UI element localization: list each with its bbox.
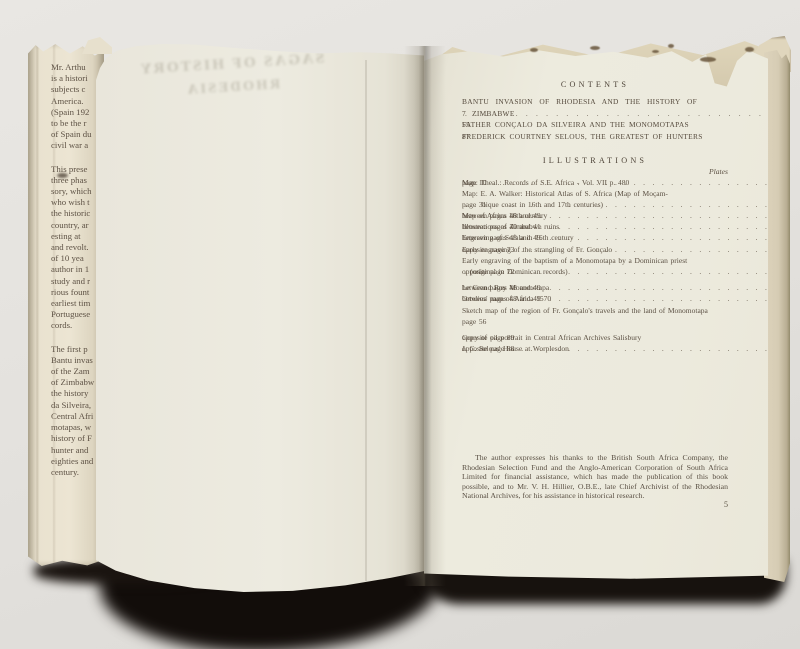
entry-page-ref: opposite page 88	[462, 344, 514, 353]
entry-title: BANTU INVASION OF RHODESIA AND THE HISTO…	[462, 97, 697, 106]
entry-page-ref: opposite page 72	[462, 267, 514, 276]
entry-page-ref: between pages 48 and 49	[462, 211, 541, 220]
flap-line: the history	[51, 388, 101, 399]
illustration-row: Engraving of Sofala in 16th century. . .…	[462, 233, 728, 244]
contents-heading: CONTENTS	[462, 80, 728, 89]
flap-line: of Spain du	[51, 129, 101, 140]
illustration-row: Illustrations of Zimbabwe ruins. . . . .…	[462, 222, 728, 233]
entry-page-ref: 87	[462, 132, 470, 141]
flap-line: Mr. Arthu	[51, 62, 101, 73]
flap-line: (Spain 192	[51, 107, 101, 118]
illustrations-list: Map: Theal.: Records of S.E. Africa - Vo…	[462, 178, 728, 355]
illustration-row: bique coast in 16th and 17th centuries).…	[462, 200, 728, 211]
entry-page-ref: between pages 48 and 49	[462, 294, 541, 303]
flap-line: is a histori	[51, 73, 101, 84]
ghost-title-showthrough: SAGAS OF HISTORY RHODESIA	[125, 50, 339, 103]
flap-line: of the Zam	[51, 366, 101, 377]
flap-line: of 10 yea	[51, 253, 101, 264]
illustration-row: Early engraving of the strangling of Fr.…	[462, 245, 728, 256]
flap-line: civil war a	[51, 140, 101, 151]
entry-page-ref: page 56	[462, 317, 486, 326]
dot-leader: . . . . . . . . . . . . . . . . . . . . …	[462, 109, 800, 118]
book-gutter-shadow	[404, 46, 446, 586]
foxing-spot	[700, 57, 716, 62]
entry-page-ref: between pages 48 and 49	[462, 233, 541, 242]
entry-page-ref: 55	[462, 120, 470, 129]
flap-line: Portuguese	[51, 309, 101, 320]
entry-title: Map: E. A. Walker: Historical Atlas of S…	[462, 189, 668, 198]
foxing-spot	[652, 50, 659, 53]
entry-title: Early engraving of the baptism of a Mono…	[462, 256, 687, 265]
jacket-torn-tab	[82, 37, 112, 54]
flap-line: eighties and	[51, 456, 101, 467]
flap-line: rious fount	[51, 287, 101, 298]
illustration-row: Sketch map of the region of Fr. Gonçalo'…	[462, 306, 728, 317]
illustration-row: Map: E. A. Walker: Historical Atlas of S…	[462, 189, 728, 200]
illustrations-heading: ILLUSTRATIONS	[462, 156, 728, 165]
flap-line: sory, which	[51, 186, 101, 197]
entry-title: FATHER CONÇALO DA SILVEIRA AND THE MONOM…	[462, 120, 689, 129]
flap-line: da Silveira,	[51, 400, 101, 411]
foxing-spot	[745, 47, 754, 52]
flap-line: earliest tim	[51, 298, 101, 309]
illustration-row: (original in Dominican records). . . . .…	[462, 267, 728, 278]
foxing-spot	[530, 48, 538, 52]
entry-page-ref: 7	[462, 109, 466, 118]
entry-page-ref: opposite page 73	[462, 245, 514, 254]
illustration-row: J. C. Selous' House at Worplesdon. . . .…	[462, 344, 728, 355]
entry-page-ref: between pages 48 and 49	[462, 283, 541, 292]
flap-line: of Zimbabw	[51, 377, 101, 388]
open-book-photo: CONTENTS BANTU INVASION OF RHODESIA AND …	[0, 0, 800, 649]
flap-line: country, ar	[51, 220, 101, 231]
flap-paragraph: This presethree phassory, whichwho wish …	[51, 164, 101, 332]
flap-paragraph: Mr. Arthuis a historisubjects cAmerica.(…	[51, 62, 101, 152]
flap-line: motapas, w	[51, 422, 101, 433]
flap-line: the historic	[51, 208, 101, 219]
flap-line: and revolt.	[51, 242, 101, 253]
foxing-spot	[590, 46, 600, 50]
illustration-row: Map: Theal.: Records of S.E. Africa - Vo…	[462, 178, 728, 189]
illustration-row: Map of Africa 16th century. . . . . . . …	[462, 211, 728, 222]
flap-line: to be the r	[51, 118, 101, 129]
illustration-row: Copy of oil portrait in Central African …	[462, 333, 728, 344]
toc-row: BANTU INVASION OF RHODESIA AND THE HISTO…	[462, 97, 728, 109]
plates-label: Plates	[462, 167, 728, 176]
flap-line: Bantu invas	[51, 355, 101, 366]
toc-row: ZIMBABWE. . . . . . . . . . . . . . . . …	[462, 109, 728, 121]
flap-line: America.	[51, 96, 101, 107]
flap-line: who wish t	[51, 197, 101, 208]
toc-row: FATHER CONÇALO DA SILVEIRA AND THE MONOM…	[462, 120, 728, 132]
entry-page-ref: page 31	[462, 200, 486, 209]
table-of-contents: BANTU INVASION OF RHODESIA AND THE HISTO…	[462, 97, 728, 143]
illustration-row: Early engraving of the baptism of a Mono…	[462, 256, 728, 267]
illustration-row: Ortelius' map of Africa 1570. . . . . . …	[462, 294, 728, 305]
dot-leader: . . . . . . . . . . . . . . . . . . . . …	[462, 200, 800, 209]
entry-page-ref: opposite page 89	[462, 333, 514, 342]
flap-paragraph: The first pBantu invasof the Zamof Zimba…	[51, 344, 101, 478]
entry-title: FREDERICK COURTNEY SELOUS, THE GREATEST …	[462, 132, 703, 141]
flap-line: esting at	[51, 231, 101, 242]
entry-title: Sketch map of the region of Fr. Gonçalo'…	[462, 306, 708, 315]
flap-line: century.	[51, 467, 101, 478]
entry-page-ref: between pages 40 and 41	[462, 222, 541, 231]
toc-row: FREDERICK COURTNEY SELOUS, THE GREATEST …	[462, 132, 728, 144]
contents-page: CONTENTS BANTU INVASION OF RHODESIA AND …	[424, 48, 768, 582]
flap-line: cords.	[51, 320, 101, 331]
ghost-title-line: RHODESIA	[126, 74, 339, 103]
foxing-spot	[668, 44, 674, 48]
flap-line: subjects c	[51, 84, 101, 95]
flap-line: history of F	[51, 433, 101, 444]
ink-smudge	[57, 173, 68, 178]
flap-line: study and r	[51, 276, 101, 287]
flap-line: The first p	[51, 344, 101, 355]
blank-flyleaf-page: SAGAS OF HISTORY RHODESIA	[96, 44, 424, 592]
flap-line: Central Afri	[51, 411, 101, 422]
flap-line: hunter and	[51, 445, 101, 456]
jacket-flap-text: Mr. Arthuis a historisubjects cAmerica.(…	[51, 62, 101, 502]
page-number: 5	[462, 500, 728, 509]
acknowledgment-paragraph: The author expresses his thanks to the B…	[462, 453, 728, 501]
illustration-row: page 56	[462, 317, 728, 328]
flap-line: author in 1	[51, 264, 101, 275]
dot-leader: . . . . . . . . . . . . . . . . . . . . …	[462, 178, 800, 187]
illustration-row: Le Grand Roy Monomotapa. . . . . . . . .…	[462, 283, 728, 294]
entry-page-ref: page 10	[462, 178, 486, 187]
